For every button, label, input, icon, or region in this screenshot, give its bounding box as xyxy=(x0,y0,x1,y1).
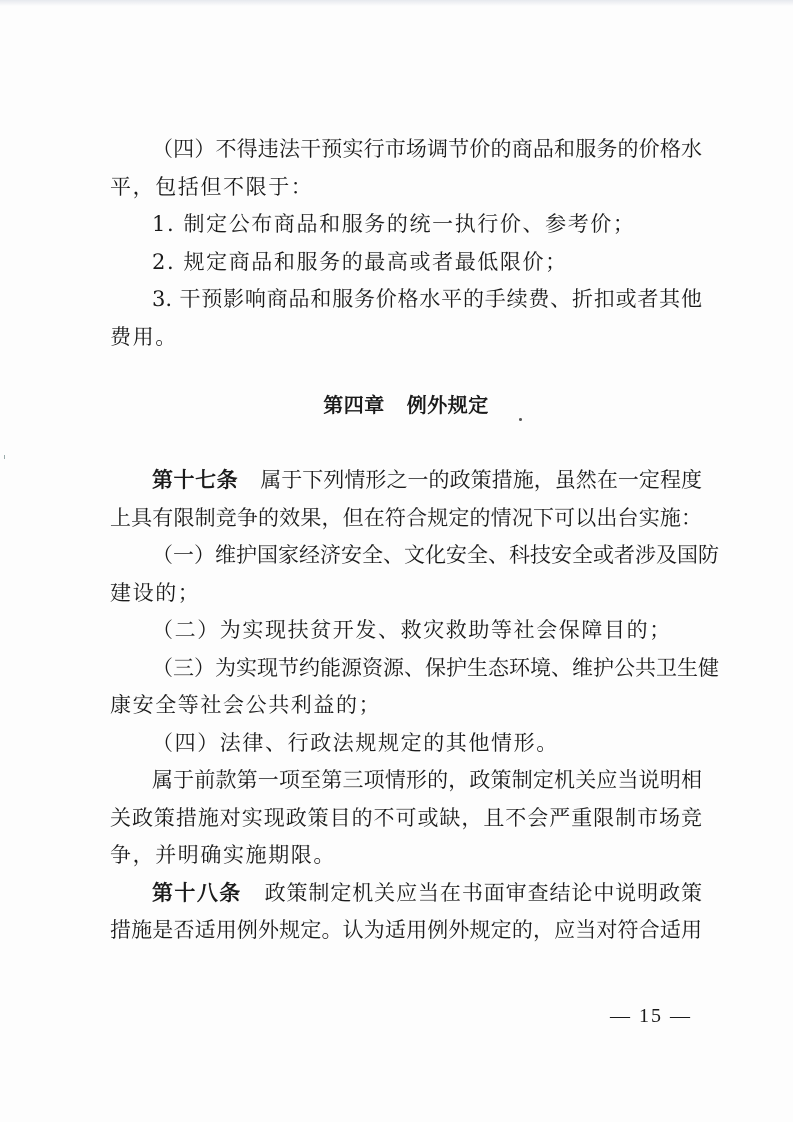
paragraph-item-4-price-intervention: （四）不得违法干预实行市场调节价的商品和服务的价格水 平，包括但不限于： xyxy=(110,131,702,206)
text-line: 2. 规定商品和服务的最高或者最低限价； xyxy=(110,244,702,282)
document-body: （四）不得违法干预实行市场调节价的商品和服务的价格水 平，包括但不限于： 1. … xyxy=(110,131,702,950)
chapter-heading: 第四章例外规定 xyxy=(110,386,702,424)
spacer xyxy=(110,424,702,462)
text-line: 关政策措施对实现政策目的不可或缺，且不会严重限制市场竞 xyxy=(110,800,702,838)
text-line: （三）为实现节约能源资源、保护生态环境、维护公共卫生健 xyxy=(110,650,702,688)
text-line: 第十七条属于下列情形之一的政策措施，虽然在一定程度 xyxy=(110,462,702,500)
spacer xyxy=(110,356,702,386)
text-line: 建设的； xyxy=(110,575,702,613)
chapter-title: 例外规定 xyxy=(407,393,489,417)
text-line: 1. 制定公布商品和服务的统一执行价、参考价； xyxy=(110,206,702,244)
text-line: 平，包括但不限于： xyxy=(110,169,702,207)
text-line: 第十八条政策制定机关应当在书面审查结论中说明政策 xyxy=(110,875,702,913)
article-17-item-1: （一）维护国家经济安全、文化安全、科技安全或者涉及国防 建设的； xyxy=(110,537,702,612)
article-label: 第十八条 xyxy=(152,881,242,905)
sub-item-1: 1. 制定公布商品和服务的统一执行价、参考价； xyxy=(110,206,702,244)
text-line: （四）不得违法干预实行市场调节价的商品和服务的价格水 xyxy=(110,131,702,169)
text-line: （二）为实现扶贫开发、救灾救助等社会保障目的； xyxy=(110,612,702,650)
text-line: 争，并明确实施期限。 xyxy=(110,837,702,875)
text-line: 康安全等社会公共利益的； xyxy=(110,687,702,725)
text-line: （一）维护国家经济安全、文化安全、科技安全或者涉及国防 xyxy=(110,537,702,575)
text-line: 上具有限制竞争的效果，但在符合规定的情况下可以出台实施： xyxy=(110,500,702,538)
text-line: 3. 干预影响商品和服务价格水平的手续费、折扣或者其他 xyxy=(110,281,702,319)
article-label: 第十七条 xyxy=(152,468,238,492)
scan-page-edge xyxy=(0,0,793,6)
article-18: 第十八条政策制定机关应当在书面审查结论中说明政策 措施是否适用例外规定。认为适用… xyxy=(110,875,702,950)
sub-item-2: 2. 规定商品和服务的最高或者最低限价； xyxy=(110,244,702,282)
text-line: 属于前款第一项至第三项情形的，政策制定机关应当说明相 xyxy=(110,762,702,800)
text-line: （四）法律、行政法规规定的其他情形。 xyxy=(110,725,702,763)
article-17-item-3: （三）为实现节约能源资源、保护生态环境、维护公共卫生健 康安全等社会公共利益的； xyxy=(110,650,702,725)
article-text: 政策制定机关应当在书面审查结论中说明政策 xyxy=(264,881,702,905)
article-17-item-4: （四）法律、行政法规规定的其他情形。 xyxy=(110,725,702,763)
scan-dot-mark xyxy=(519,418,522,421)
text-line: 措施是否适用例外规定。认为适用例外规定的，应当对符合适用 xyxy=(110,912,702,950)
sub-item-3: 3. 干预影响商品和服务价格水平的手续费、折扣或者其他 费用。 xyxy=(110,281,702,356)
chapter-number: 第四章 xyxy=(323,393,385,417)
article-text: 属于下列情形之一的政策措施，虽然在一定程度 xyxy=(260,468,702,492)
text-line: 费用。 xyxy=(110,319,702,357)
article-17-closing-paragraph: 属于前款第一项至第三项情形的，政策制定机关应当说明相 关政策措施对实现政策目的不… xyxy=(110,762,702,875)
article-17-item-2: （二）为实现扶贫开发、救灾救助等社会保障目的； xyxy=(110,612,702,650)
page-number: — 15 — xyxy=(610,1005,692,1028)
scan-margin-mark xyxy=(4,455,5,459)
article-17: 第十七条属于下列情形之一的政策措施，虽然在一定程度 上具有限制竞争的效果，但在符… xyxy=(110,462,702,875)
